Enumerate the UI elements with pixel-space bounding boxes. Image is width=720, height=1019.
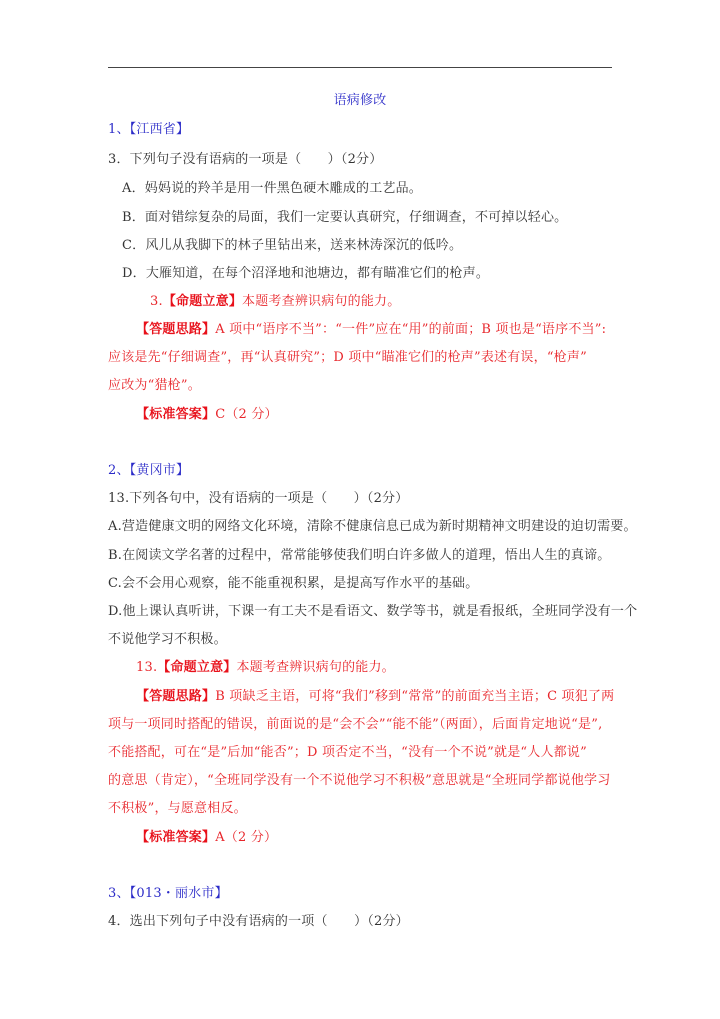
option-b: B.在阅读文学名著的过程中，常常能够使我们明白许多做人的道理，悟出人生的真谛。 [108, 548, 611, 564]
section-header: 3、【013・丽水市】 [108, 886, 228, 902]
approach-label: 【答题思路】 [136, 322, 215, 337]
approach-text: 不能搭配，可在“是”后加“能否”；D 项否定不当，“没有一个不说”就是“人人都说… [108, 745, 587, 761]
intent-text: 本题考查辨识病句的能力。 [236, 660, 394, 675]
option-a: A.营造健康文明的网络文化环境，清除不健康信息已成为新时期精神文明建设的迫切需要… [108, 519, 637, 535]
answer-line: 【标准答案】C（2 分） [136, 407, 278, 423]
answer-text: A（2 分） [215, 830, 277, 845]
approach-text: 应该是先“仔细调查”，再“认真研究”；D 项中“瞄准它们的枪声”表述有误，“枪声… [108, 350, 587, 366]
option-c: C.会不会用心观察，能不能重视积累，是提高写作水平的基础。 [108, 576, 478, 592]
approach-label: 【答题思路】 [136, 689, 215, 704]
option-d: D.他上课认真听讲，下课一有工夫不是看语文、数学等书，就是看报纸，全班同学没有一… [108, 604, 637, 620]
question-text: 4．选出下列句子中没有语病的一项（ ）（2分） [108, 914, 409, 930]
option-c: C．风儿从我脚下的林子里钻出来，送来林涛深沉的低吟。 [122, 238, 462, 254]
approach-text: 不积极”，与愿意相反。 [108, 801, 247, 817]
intent-line: 3.【命题立意】本题考查辨识病句的能力。 [150, 294, 400, 310]
answer-text: C（2 分） [215, 407, 278, 422]
answer-label: 【标准答案】 [136, 830, 215, 845]
intent-text: 本题考查辨识病句的能力。 [242, 294, 400, 309]
question-text: 3．下列句子没有语病的一项是（ ）（2分） [108, 152, 382, 168]
approach-text: 项与一项同时搭配的错误，前面说的是“会不会”“能不能”（两面），后面肯定地说“是… [108, 717, 602, 733]
intent-line: 13.【命题立意】本题考查辨识病句的能力。 [136, 660, 395, 676]
header-rule [108, 67, 612, 68]
approach-text: A 项中“语序不当”：“一件”应在“用”的前面；B 项也是“语序不当”: [215, 322, 606, 337]
answer-label: 【标准答案】 [136, 407, 215, 422]
approach-text: B 项缺乏主语，可将“我们”移到“常常”的前面充当主语；C 项犯了两 [215, 689, 614, 704]
section-header: 2、【黄冈市】 [108, 463, 189, 479]
option-d-cont: 不说他学习不积极。 [108, 632, 227, 648]
question-text: 13.下列各句中，没有语病的一项是（ ）（2分） [108, 491, 408, 507]
approach-text: 应改为“猎枪”。 [108, 378, 201, 394]
answer-line: 【标准答案】A（2 分） [136, 830, 277, 846]
approach-line: 【答题思路】B 项缺乏主语，可将“我们”移到“常常”的前面充当主语；C 项犯了两 [136, 689, 614, 705]
approach-text: 的意思（肯定），“全班同学没有一个不说他学习不积极”意思就是“全班同学都说他学习 [108, 773, 610, 789]
intent-prefix: 3. [150, 294, 163, 309]
section-header: 1、【江西省】 [108, 122, 189, 138]
option-d: D．大雁知道，在每个沼泽地和池塘边，都有瞄准它们的枪声。 [122, 266, 489, 282]
page-title: 语病修改 [0, 93, 720, 109]
approach-line: 【答题思路】A 项中“语序不当”：“一件”应在“用”的前面；B 项也是“语序不当… [136, 322, 606, 338]
option-b: B．面对错综复杂的局面，我们一定要认真研究，仔细调查，不可掉以轻心。 [122, 210, 567, 226]
intent-label: 【命题立意】 [163, 294, 242, 309]
option-a: A．妈妈说的羚羊是用一件黑色硬木雕成的工艺品。 [122, 181, 422, 197]
intent-label: 【命题立意】 [157, 660, 236, 675]
intent-prefix: 13. [136, 660, 157, 675]
